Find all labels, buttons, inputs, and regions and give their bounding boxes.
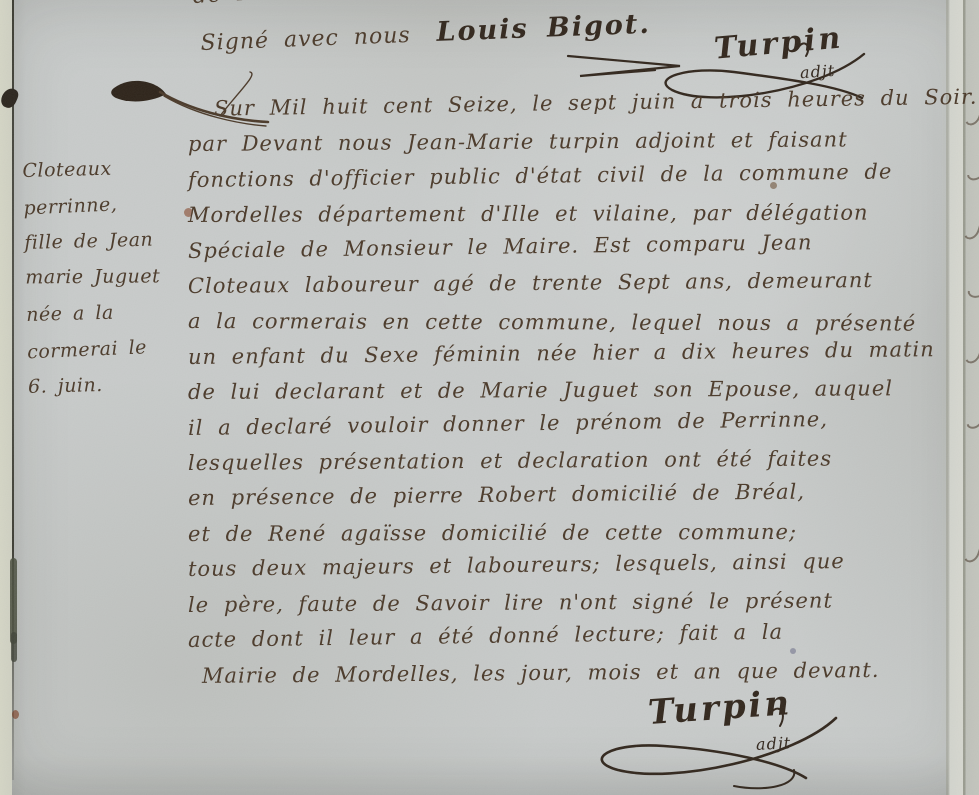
margin-note-line: fille de Jean — [24, 221, 195, 261]
register-page-scan: de Mordelles les jour, mois et an que de… — [0, 0, 979, 795]
rust-stain — [12, 710, 19, 719]
left-edge-ink-blob — [11, 632, 17, 662]
birth-act-text: Sur Mil huit cent Seize, le sept juin a … — [188, 92, 966, 694]
signed-with-us-text: Signé avec nous — [200, 23, 411, 56]
margin-note-line: cormerai le — [26, 327, 197, 370]
margin-note-line: marie Juguet — [25, 258, 195, 295]
act-line: un enfant du Sexe féminin née hier a dix… — [188, 332, 966, 376]
margin-note-line: née a la — [26, 293, 197, 333]
act-line: Mairie de Mordelles, les jour, mois et a… — [188, 652, 966, 694]
witness-signature: Louis Bigot. — [436, 9, 651, 48]
act-line: Cloteaux laboureur agé de trente Sept an… — [188, 262, 966, 304]
margin-note-line: Cloteaux — [22, 149, 193, 189]
signature-flourish — [584, 712, 864, 792]
margin-note-line: perrinne, — [23, 183, 194, 226]
previous-act-signature-line: Signé avec nousLouis Bigot. — [200, 9, 651, 57]
act-line: en présence de pierre Robert domicilié d… — [188, 473, 966, 517]
margin-note: Cloteaux perrinne, fille de Jean marie J… — [22, 149, 199, 405]
previous-act-closing-line: de Mordelles les jour, mois et an que de… — [192, 0, 892, 9]
left-page-edge-line — [12, 0, 14, 780]
act-line: Sur Mil huit cent Seize, le sept juin a … — [188, 80, 966, 128]
margin-note-line: 6. juin. — [28, 364, 199, 404]
left-binding-strip — [0, 0, 12, 795]
